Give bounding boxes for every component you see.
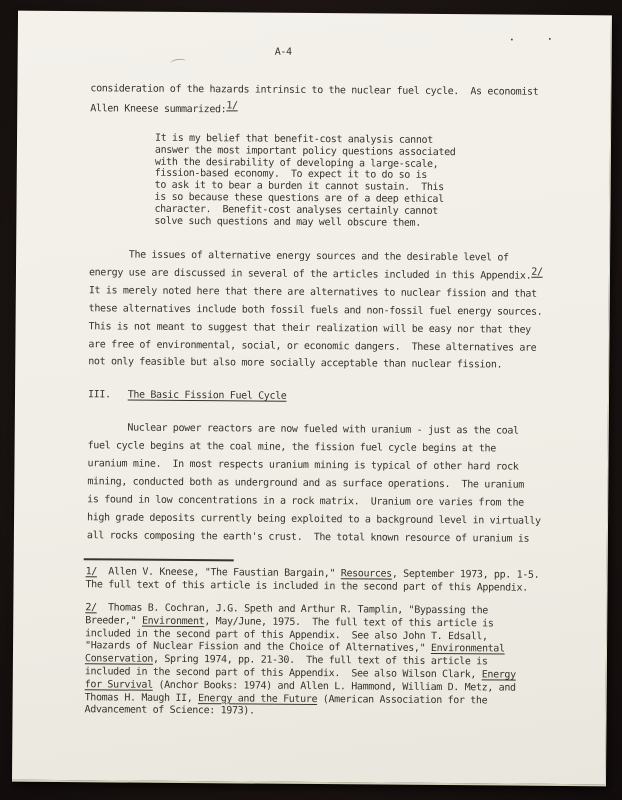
alternatives-text-after: It is merely noted here that there are a… [88, 271, 542, 371]
footnote-2-marker: 2/ [85, 602, 96, 613]
intro-text: consideration of the hazards intrinsic t… [90, 83, 538, 115]
section-number: III. [88, 389, 128, 400]
footnote-ref-2: 2/ [531, 267, 542, 278]
section-title: The Basic Fission Fuel Cycle [128, 390, 287, 402]
footnote-1-text: Allen V. Kneese, "The Faustian Bargain," [97, 566, 341, 579]
footnote-2: 2/ Thomas B. Cochran, J.G. Speth and Art… [84, 602, 516, 721]
footnote-ref-1: 1/ [226, 100, 237, 111]
fuel-cycle-paragraph: Nuclear power reactors are now fueled wi… [87, 419, 542, 549]
pencil-mark [170, 58, 186, 67]
footnote-separator [84, 558, 234, 561]
section-heading: III. The Basic Fission Fuel Cycle [88, 388, 287, 403]
scan-background: A-4 consideration of the hazards intrins… [0, 0, 622, 800]
dust-speck [549, 38, 551, 40]
page-number: A-4 [275, 47, 292, 59]
book-title-energy-and-the-future: Energy and the Future [198, 693, 317, 705]
document-page: A-4 consideration of the hazards intrins… [12, 11, 612, 787]
footnote-1: 1/ Allen V. Kneese, "The Faustian Bargai… [85, 565, 539, 595]
block-quote: It is my belief that benefit-cost analys… [154, 133, 455, 230]
journal-title-environment: Environment [142, 615, 204, 626]
intro-paragraph: consideration of the hazards intrinsic t… [90, 79, 538, 123]
dust-speck [511, 39, 513, 41]
footnote-1-marker: 1/ [86, 566, 97, 577]
alternatives-text-before: The issues of alternative energy sources… [89, 249, 531, 281]
alternatives-paragraph: The issues of alternative energy sources… [88, 246, 543, 375]
journal-title-resources: Resources [341, 568, 392, 579]
